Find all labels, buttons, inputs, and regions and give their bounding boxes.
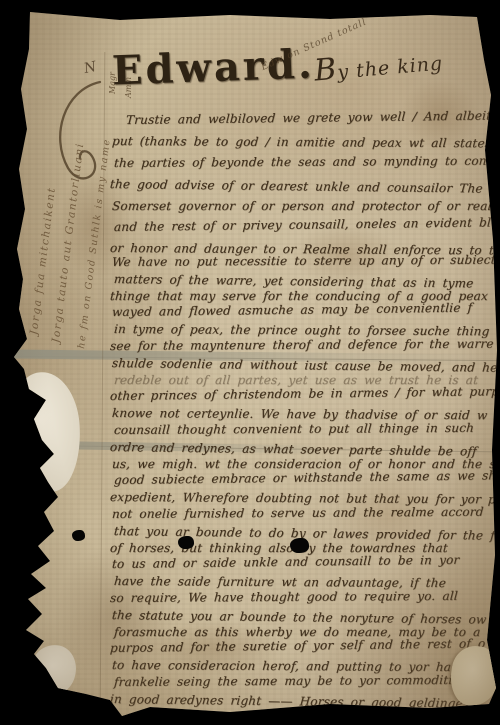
- burn-hole: [290, 538, 309, 553]
- burn-hole: [72, 530, 85, 541]
- burn-hole: [178, 536, 194, 549]
- edge-vignette: [0, 0, 500, 725]
- edge-tear-hole: [1, 430, 13, 448]
- manuscript-paper: Jorga fua mitchaikent Jorga tauto aut Gr…: [0, 0, 500, 725]
- photo-background: Jorga fua mitchaikent Jorga tauto aut Gr…: [0, 0, 500, 725]
